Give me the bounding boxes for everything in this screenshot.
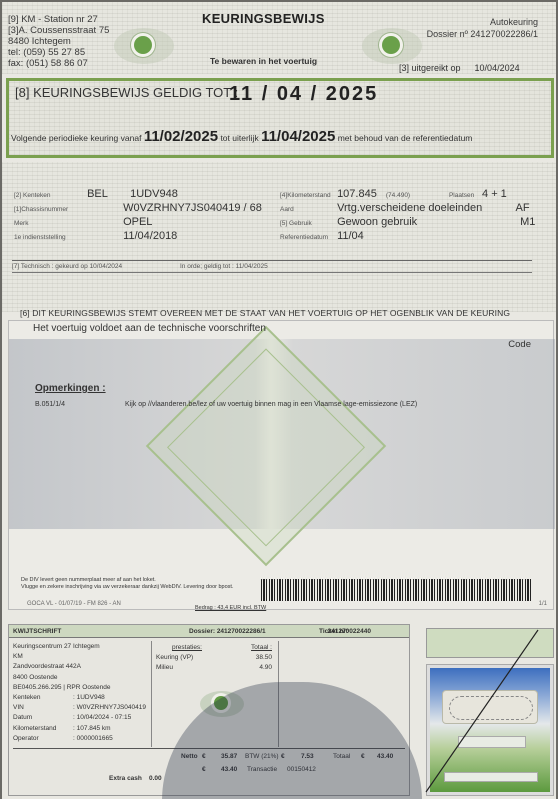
use-code: M1 — [520, 216, 535, 228]
validity-date: 11 / 04 / 2025 — [229, 83, 378, 106]
company-city: 8400 Oostende — [13, 673, 146, 683]
document-subtitle: Te bewaren in het voertuig — [210, 56, 317, 66]
next-mid: tot uiterlijk — [220, 133, 258, 143]
chassis-row: [1]Chassisnummer W0VZRHNY7JS040419 / 68 — [14, 202, 262, 214]
first-reg-value: 11/04/2018 — [123, 230, 177, 242]
company-street: Zandvoordestraat 442A — [13, 662, 146, 672]
next-suffix: met behoud van de referentiedatum — [338, 133, 473, 143]
inspection-certificate: [9] KM - Station nr 27 [3]A. Coussensstr… — [2, 2, 556, 799]
service-amount: 4.90 — [259, 664, 272, 671]
seats-label: Plaatsen — [449, 192, 479, 199]
extra-cash-label: Extra cash — [109, 775, 142, 782]
document-title: KEURINGSBEWIJS — [202, 11, 325, 26]
chassis-label: [1]Chassisnummer — [14, 206, 120, 213]
kind-value: Vrtg.verscheidene doeleinden — [337, 202, 513, 214]
receipt-field: Kenteken: 1UDV948 — [13, 693, 146, 703]
remark-text: Kijk op //vlaanderen.be/lez of uw voertu… — [125, 401, 417, 408]
receipt-field-value: : 10/04/2024 - 07:15 — [73, 714, 131, 721]
receipt-field-label: Kenteken — [13, 693, 73, 703]
make-row: Merk OPEL — [14, 216, 152, 228]
receipt-title: KWIJTSCHRIFT — [13, 628, 61, 635]
km-value: 107.845 — [337, 188, 377, 200]
station-tel: tel: (059) 55 27 85 — [8, 47, 109, 58]
receipt-field-value: : 0000001665 — [73, 735, 113, 742]
goca-eye-icon — [362, 28, 422, 64]
plate-label: [2] Kenteken — [14, 192, 84, 199]
ref-label: Referentiedatum — [280, 234, 334, 241]
vignette-background — [430, 668, 550, 792]
vignette-emblem — [442, 690, 538, 724]
company-vat: BE0405.266.295 | RPR Oostende — [13, 683, 146, 693]
technical-line: [7] Technisch : gekeurd op 10/04/2024 In… — [12, 260, 532, 273]
inspection-type: Autokeuring — [427, 16, 538, 28]
ref-value: 11/04 — [337, 230, 364, 242]
receipt-field-label: VIN — [13, 703, 73, 713]
dossier-number: Dossier nº 241270022286/1 — [427, 28, 538, 40]
first-registration-row: 1e indienststelling 11/04/2018 — [14, 230, 177, 242]
vignette-card — [426, 664, 554, 796]
station-city: 8480 Ichtegem — [8, 36, 109, 47]
next-prefix: Volgende periodieke keuring vanaf — [11, 133, 141, 143]
form-reference: GOCA VL - 01/07/19 - FM 826 - AN — [27, 601, 121, 607]
next-to-date: 11/04/2025 — [261, 128, 335, 145]
code-label: Code — [508, 339, 531, 350]
center-name: Keuringscentrum 27 Ichtegem — [13, 642, 146, 652]
ticket-number: 241270022440 — [328, 628, 371, 635]
use-label: [5] Gebruik — [280, 220, 334, 227]
amount-incl-vat: Bedrag : 43,4 EUR incl. BTW — [195, 605, 266, 611]
km-label: [4]Kilometerstand — [280, 192, 334, 199]
kind-row: Aard Vrtg.verscheidene doeleinden AF — [280, 202, 530, 214]
use-row: [5] Gebruik Gewoon gebruik M1 — [280, 216, 535, 228]
vignette-field — [444, 772, 538, 782]
issued-date: [3] uitgereikt op10/04/2024 — [399, 63, 520, 73]
dossier-info: Autokeuring Dossier nº 241270022286/1 — [427, 16, 538, 40]
plate-country: BEL — [87, 188, 127, 200]
total-header: Totaal : — [251, 644, 272, 651]
service-name: Milieu — [156, 664, 173, 671]
mileage-row: [4]Kilometerstand 107.845 (74.490) Plaat… — [280, 188, 507, 200]
goca-eye-icon — [114, 28, 174, 64]
receipt-field: Datum: 10/04/2024 - 07:15 — [13, 713, 146, 723]
seats-value: 4 + 1 — [482, 188, 507, 200]
plate-row: [2] Kenteken BEL 1UDV948 — [14, 188, 178, 200]
km-previous: (74.490) — [386, 192, 446, 199]
station-address: [9] KM - Station nr 27 [3]A. Coussensstr… — [8, 14, 109, 69]
next-from-date: 11/02/2025 — [144, 128, 218, 145]
make-label: Merk — [14, 220, 120, 227]
station-fax: fax: (051) 58 86 07 — [8, 58, 109, 69]
plate-value: 1UDV948 — [130, 188, 178, 200]
next-inspection-line: Volgende periodieke keuring vanaf 11/02/… — [11, 128, 472, 145]
barcode — [261, 579, 531, 601]
stamp-slot — [426, 628, 554, 658]
div-note: De DIV levert geen nummerplaat meer af a… — [21, 577, 233, 591]
receipt-field-label: Operator — [13, 734, 73, 744]
receipt-header: KWIJTSCHRIFT Dossier: 241270022286/1 Tic… — [9, 625, 409, 638]
receipt-field: Operator: 0000001665 — [13, 734, 146, 744]
receipt-dossier: Dossier: 241270022286/1 — [189, 628, 266, 635]
receipt-center-info: Keuringscentrum 27 Ichtegem KM Zandvoord… — [13, 642, 146, 744]
make-value: OPEL — [123, 216, 152, 228]
validity-box: [8] KEURINGSBEWIJS GELDIG TOT : 11 / 04 … — [6, 78, 554, 158]
vignette-field — [458, 736, 526, 748]
extra-cash-amount: 0.00 — [149, 775, 162, 782]
kind-code: AF — [516, 202, 530, 214]
in-order-status: In orde; geldig tot : 11/04/2025 — [180, 263, 268, 270]
service-name: Keuring (VP) — [156, 654, 193, 661]
issued-value: 10/04/2024 — [475, 63, 520, 73]
section6-title: [6] DIT KEURINGSBEWIJS STEMT OVEREEN MET… — [20, 308, 510, 318]
chassis-value: W0VZRHNY7JS040419 / 68 — [123, 202, 262, 214]
receipt-field-value: : W0VZRHNY7JS040419 — [73, 704, 146, 711]
remarks-label: Opmerkingen : — [35, 383, 106, 394]
div-note-line-2: Vlugge en zekere inschrijving via uw ver… — [21, 584, 233, 591]
receipt-field: VIN: W0VZRHNY7JS040419 — [13, 703, 146, 713]
receipt-field-value: : 1UDV948 — [73, 694, 105, 701]
technical-status: [7] Technisch : gekeurd op 10/04/2024 — [12, 263, 122, 270]
receipt-field-label: Datum — [13, 713, 73, 723]
certificate-header: [9] KM - Station nr 27 [3]A. Coussensstr… — [2, 2, 556, 74]
vehicle-info: [2] Kenteken BEL 1UDV948 [1]Chassisnumme… — [2, 162, 556, 312]
station-name: [9] KM - Station nr 27 — [8, 14, 109, 25]
inspection-result-panel: Het voertuig voldoet aan de technische v… — [8, 320, 554, 610]
remark-code: B.051/1/4 — [35, 401, 65, 408]
receipt-field-label: Kilometerstand — [13, 724, 73, 734]
reference-date-row: Referentiedatum 11/04 — [280, 230, 364, 242]
service-amount: 38.50 — [256, 654, 272, 661]
receipt-field-value: : 107.845 km — [73, 725, 111, 732]
div-note-line-1: De DIV levert geen nummerplaat meer af a… — [21, 577, 233, 584]
first-reg-label: 1e indienststelling — [14, 234, 120, 241]
issued-label: [3] uitgereikt op — [399, 63, 461, 73]
use-value: Gewoon gebruik — [337, 216, 517, 228]
validity-label: [8] KEURINGSBEWIJS GELDIG TOT : — [15, 85, 238, 100]
receipt-field: Kilometerstand: 107.845 km — [13, 724, 146, 734]
inspection-result: Het voertuig voldoet aan de technische v… — [33, 323, 266, 334]
station-street: [3]A. Coussensstraat 75 — [8, 25, 109, 36]
services-header: prestaties: — [172, 644, 202, 651]
kind-label: Aard — [280, 206, 334, 213]
page-number: 1/1 — [539, 601, 547, 607]
company-name: KM — [13, 652, 146, 662]
